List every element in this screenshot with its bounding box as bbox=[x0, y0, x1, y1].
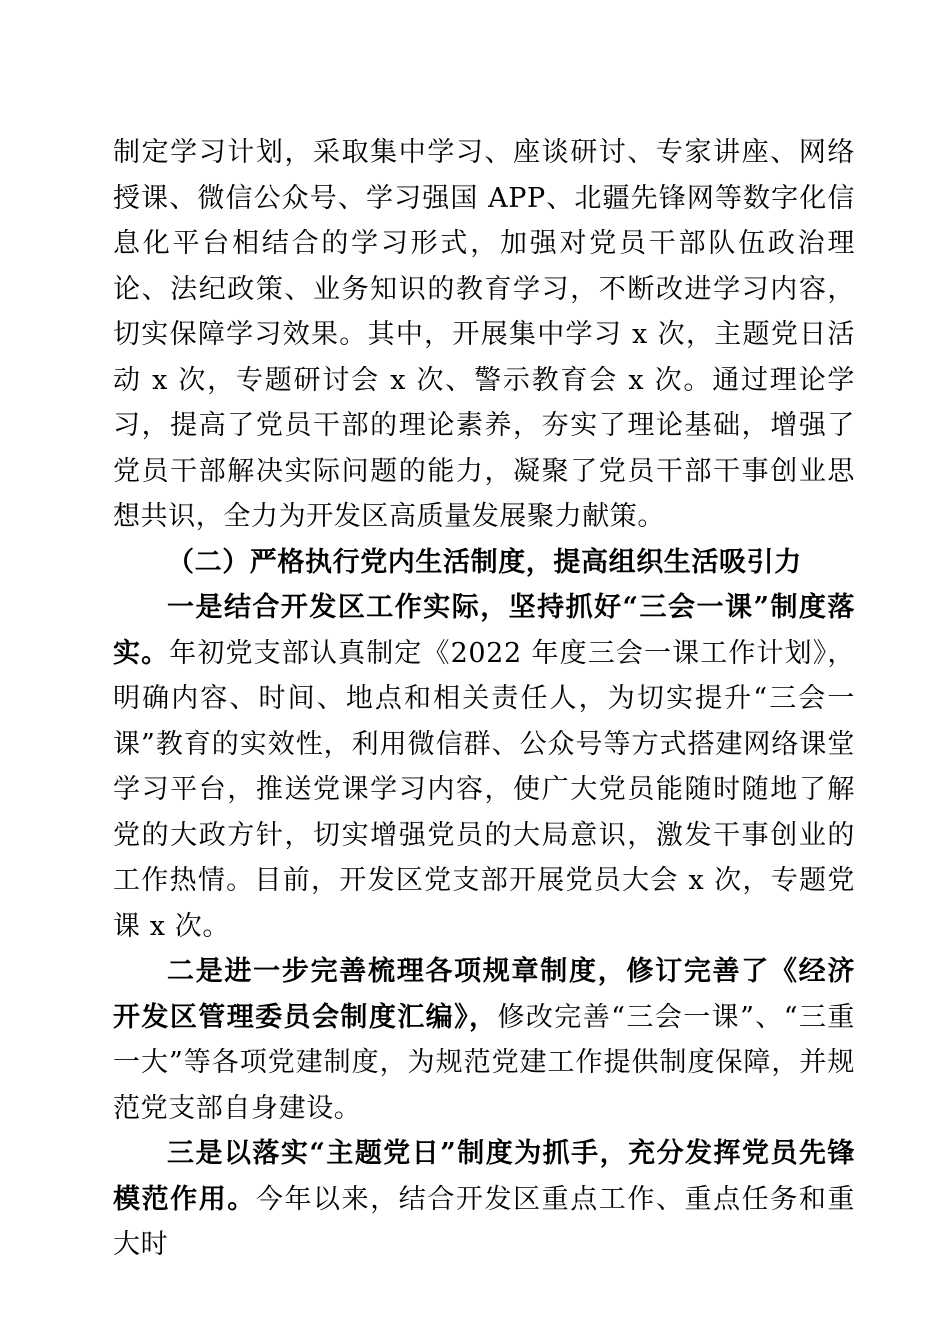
paragraph-continuation: 制定学习计划，采取集中学习、座谈研讨、专家讲座、网络授课、微信公众号、学习强国 … bbox=[113, 130, 855, 540]
body-text: 制定学习计划，采取集中学习、座谈研讨、专家讲座、网络授课、微信公众号、学习强国 … bbox=[113, 137, 855, 532]
heading-text: （二）严格执行党内生活制度，提高组织生活吸引力 bbox=[167, 547, 802, 578]
body-text: 年初党支部认真制定《2022 年度三会一课工作计划》，明确内容、时间、地点和相关… bbox=[113, 638, 855, 942]
paragraph-point-one: 一是结合开发区工作实际，坚持抓好“三会一课”制度落实。年初党支部认真制定《202… bbox=[113, 585, 855, 949]
paragraph-point-two: 二是进一步完善梳理各项规章制度，修订完善了《经济开发区管理委员会制度汇编》，修改… bbox=[113, 949, 855, 1131]
paragraph-point-three: 三是以落实“主题党日”制度为抓手，充分发挥党员先锋模范作用。今年以来，结合开发区… bbox=[113, 1131, 855, 1268]
section-heading: （二）严格执行党内生活制度，提高组织生活吸引力 bbox=[113, 540, 855, 586]
document-page: 制定学习计划，采取集中学习、座谈研讨、专家讲座、网络授课、微信公众号、学习强国 … bbox=[0, 0, 950, 1344]
